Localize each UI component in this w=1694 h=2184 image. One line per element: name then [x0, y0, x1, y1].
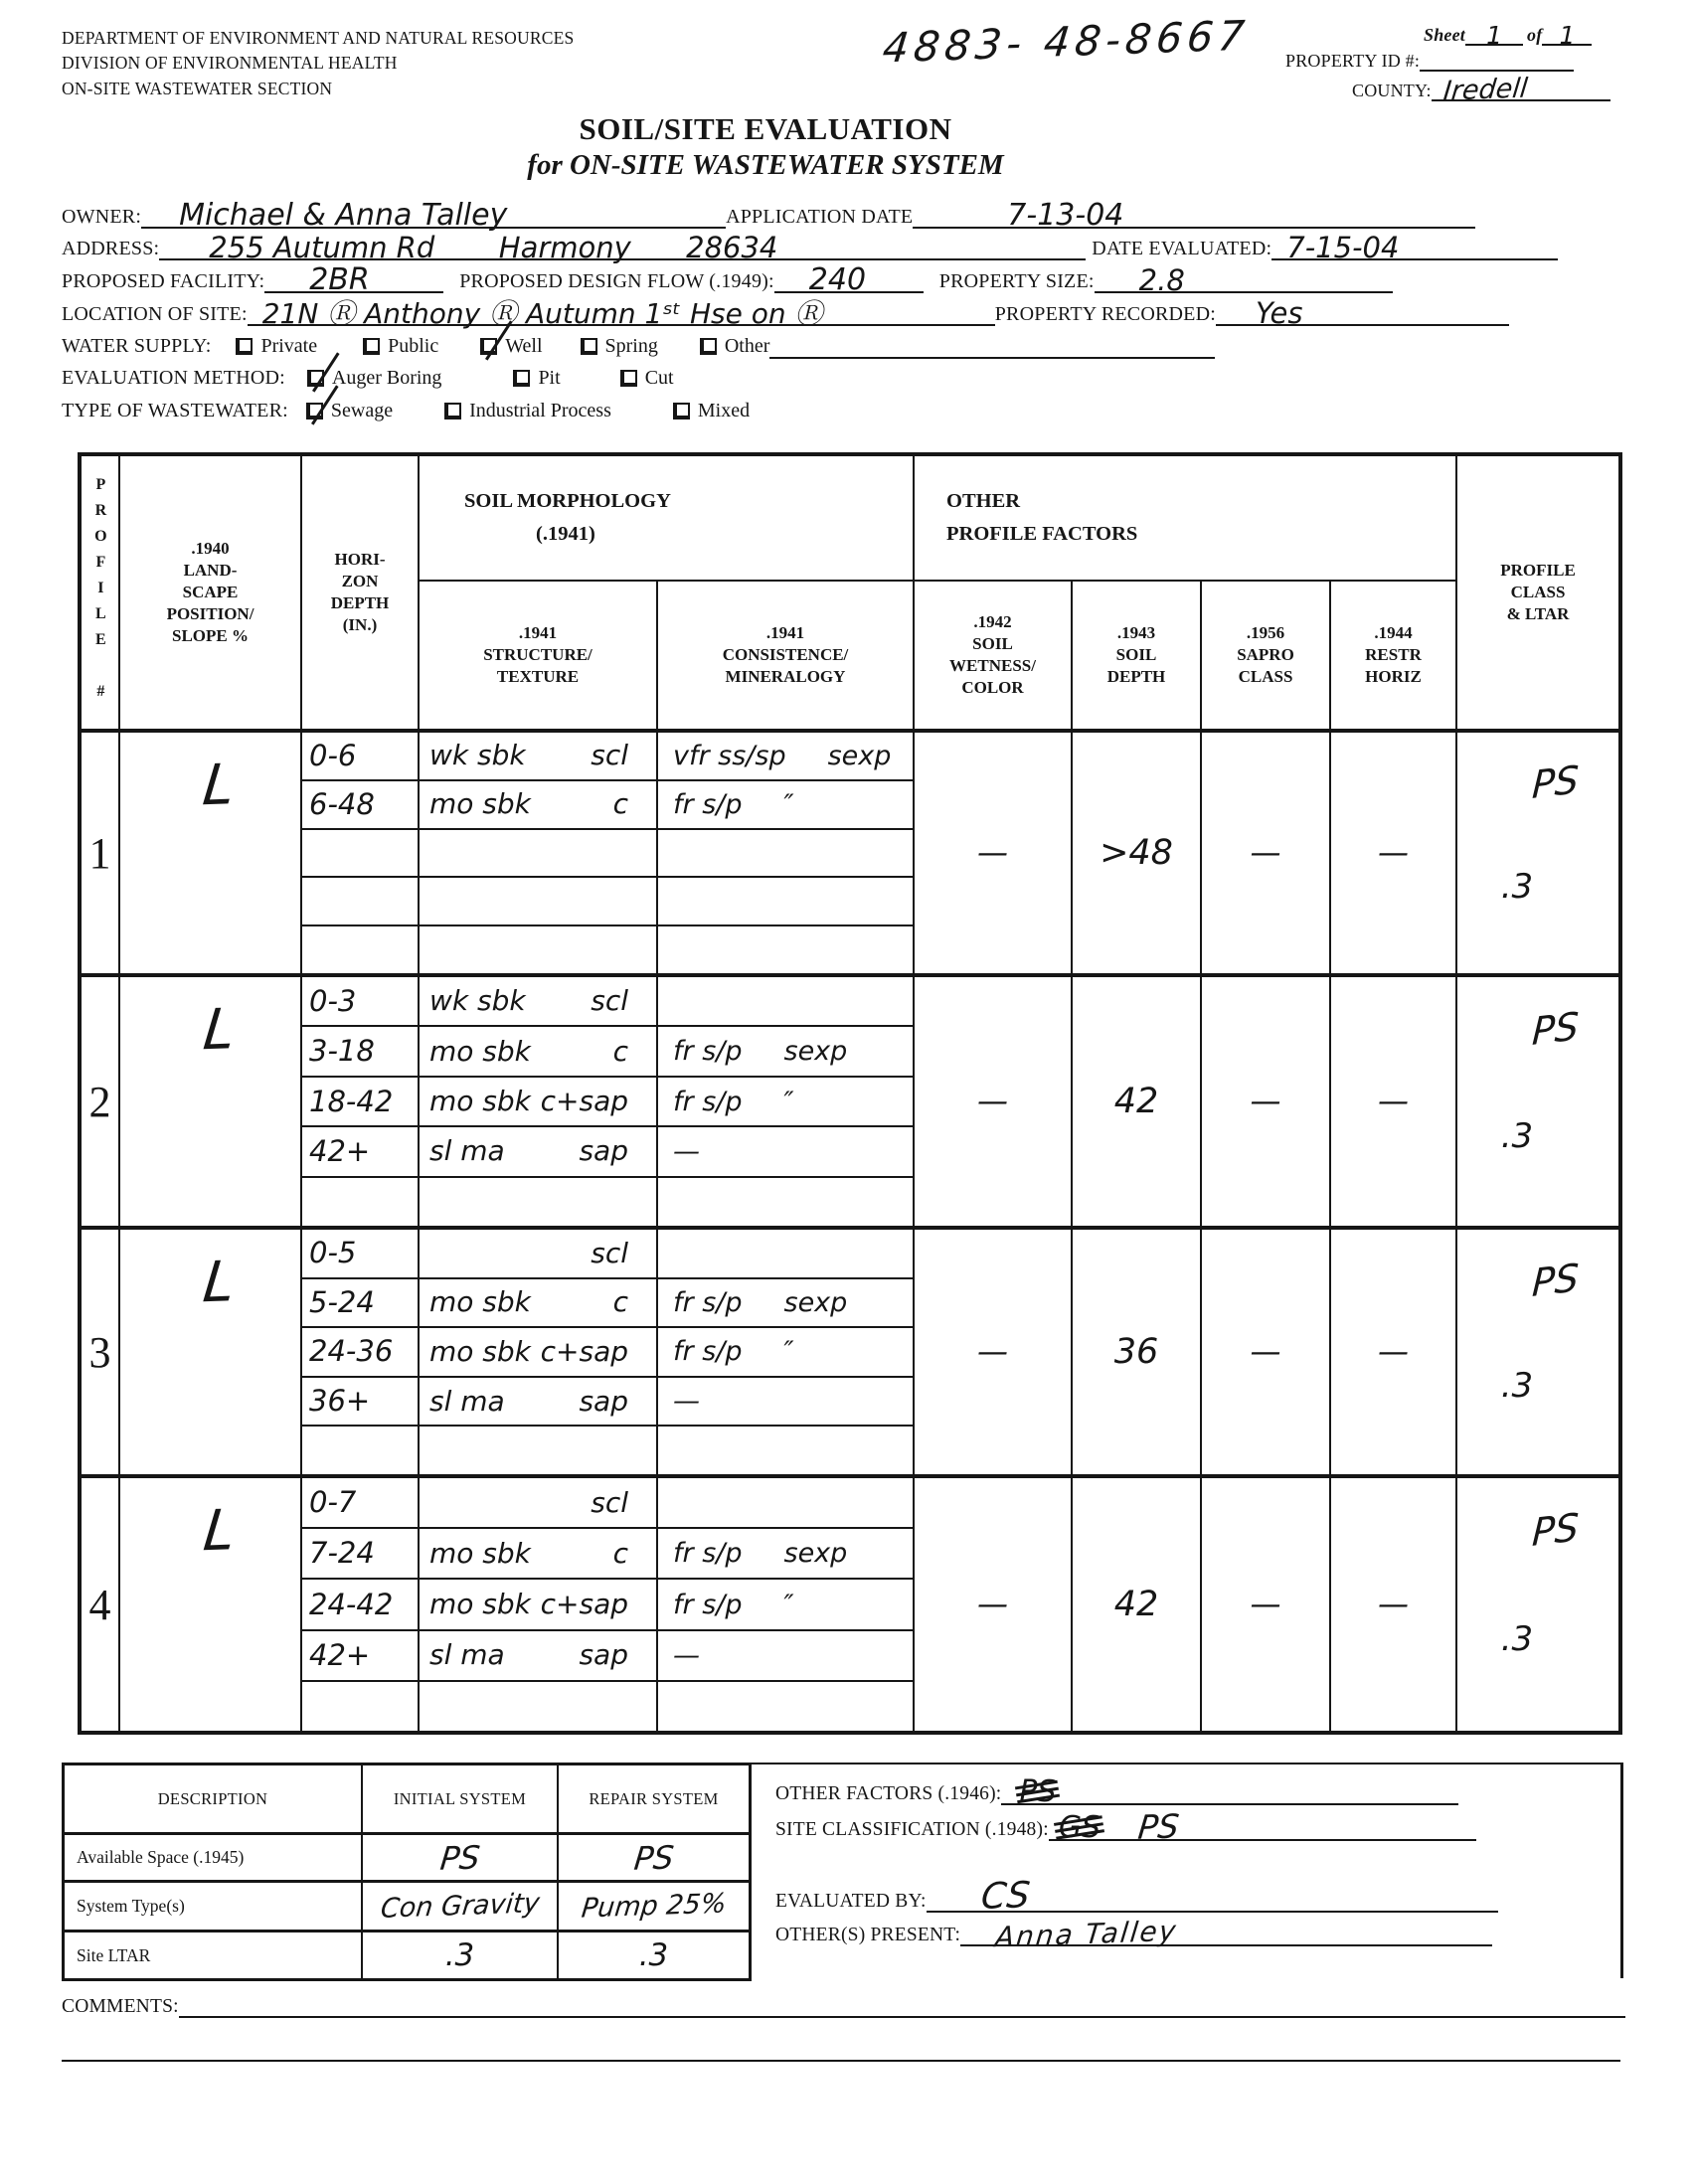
available-space-initial-value: PS: [438, 1841, 481, 1875]
structure-row: sl masap: [420, 1631, 656, 1682]
texture-value: scl: [591, 1240, 628, 1267]
consistence-value: fr s/p: [673, 1338, 743, 1365]
county-label: COUNTY:: [1352, 81, 1432, 101]
restr-horiz-value: —: [1331, 1478, 1457, 1731]
horizon-depth: 36+: [309, 1387, 370, 1416]
consistence-row: fr s/psexp: [658, 1027, 913, 1077]
horizon-depth-column: 0-7 7-24 24-42 42+: [302, 1478, 420, 1731]
row-label-system-types: System Type(s): [65, 1883, 363, 1932]
structure-value: wk sbk: [429, 742, 526, 769]
profile-class-value: PS: [1531, 1259, 1580, 1302]
option-mixed-label: Mixed: [698, 400, 750, 422]
texture-value: c+sap: [541, 1591, 628, 1618]
sheet-label: Sheet: [1424, 25, 1465, 46]
application-date-underline: 7-13-04: [913, 195, 1475, 229]
consistence-value: fr s/p: [673, 791, 743, 818]
option-cut-label: Cut: [645, 367, 674, 390]
system-type-initial: Con Gravity: [363, 1883, 559, 1932]
structure-row: mo sbkc: [420, 781, 656, 830]
location-underline: 21N Ⓡ Anthony Ⓡ Autumn 1ˢᵗ Hse on Ⓡ: [248, 292, 995, 326]
structure-row: sl masap: [420, 1127, 656, 1177]
system-summary-table: DESCRIPTION INITIAL SYSTEM REPAIR SYSTEM…: [62, 1763, 752, 1981]
sheet-total-underline: 1: [1542, 14, 1592, 46]
consistence-value: vfr ss/sp: [673, 743, 786, 769]
bottom-section-right-rule: [1620, 1763, 1623, 1978]
checkbox-unchecked-icon: [620, 370, 637, 387]
others-present-label: OTHER(S) PRESENT:: [775, 1925, 960, 1946]
consistence-row: [658, 1178, 913, 1226]
horizon-depth: 0-3: [309, 987, 356, 1016]
horizon-row: 7-24: [302, 1529, 418, 1580]
soil-depth-value: >48: [1073, 733, 1202, 977]
consistence-row: vfr ss/spsexp: [658, 733, 913, 781]
consistence-column: fr s/psexp fr s/p″ —: [658, 1230, 915, 1478]
others-present-line: OTHER(S) PRESENT: Anna Talley: [775, 1913, 1492, 1946]
sapro-class-value: —: [1202, 1230, 1331, 1478]
soil-wetness-value: —: [915, 733, 1073, 977]
structure-row: [420, 1178, 656, 1226]
soil-morphology-ref: (.1941): [536, 518, 595, 551]
letterhead-line-3: ON-SITE WASTEWATER SECTION: [62, 77, 574, 101]
texture-value: c: [613, 790, 628, 818]
checkbox-checked-icon: [480, 338, 497, 355]
structure-row: sl masap: [420, 1378, 656, 1428]
owner-underline: Michael & Anna Talley: [141, 195, 726, 229]
soil-wetness-value: —: [915, 977, 1073, 1230]
property-size-value: 2.8: [1139, 266, 1185, 295]
consistence-row: —: [658, 1378, 913, 1428]
header-soil-depth: .1943 SOIL DEPTH: [1073, 582, 1202, 733]
others-present-value: Anna Talley: [994, 1918, 1179, 1952]
restr-dash: —: [1378, 1087, 1409, 1117]
option-other-label: Other: [725, 335, 770, 358]
location-value: 21N Ⓡ Anthony Ⓡ Autumn 1ˢᵗ Hse on Ⓡ: [262, 300, 823, 328]
option-private: Private: [236, 335, 317, 358]
structure-value: mo sbk: [429, 1038, 531, 1066]
structure-value: sl ma: [429, 1137, 505, 1165]
site-ltar-initial: .3: [363, 1932, 559, 1978]
structure-row: scl: [420, 1230, 656, 1279]
texture-value: scl: [591, 987, 628, 1015]
scanned-soil-site-evaluation-form: DEPARTMENT OF ENVIRONMENT AND NATURAL RE…: [0, 0, 1694, 2184]
consistence-row: [658, 1230, 913, 1279]
design-flow-underline: 240: [774, 259, 924, 293]
form-title: SOIL/SITE EVALUATION: [60, 111, 1471, 147]
structure-value: mo sbk: [429, 1540, 531, 1568]
option-industrial: Industrial Process: [444, 400, 611, 422]
soil-morphology-title: SOIL MORPHOLOGY: [464, 485, 671, 518]
horizon-depth-column: 0-6 6-48: [302, 733, 420, 977]
structure-row: mo sbkc+sap: [420, 1078, 656, 1127]
landscape-position: L: [120, 1230, 302, 1478]
consistence-value: fr s/p: [673, 1540, 743, 1567]
horizon-row: 0-3: [302, 977, 418, 1027]
system-type-initial-value: Con Gravity: [379, 1890, 540, 1923]
evaluated-by-label: EVALUATED BY:: [775, 1891, 927, 1913]
restr-horiz-value: —: [1331, 977, 1457, 1230]
texture-value: sap: [579, 1388, 628, 1416]
consistence-value: fr s/p: [673, 1592, 743, 1618]
profile-class-value: PS: [1531, 760, 1580, 804]
horizon-depth: 6-48: [309, 790, 375, 819]
soil-wetness-value: —: [915, 1230, 1073, 1478]
texture-value: sap: [579, 1641, 628, 1669]
proposed-facility-label: PROPOSED FACILITY:: [62, 270, 264, 293]
profile-class-cell: PS .3: [1457, 1478, 1618, 1731]
landscape-position: L: [120, 977, 302, 1230]
checkbox-unchecked-icon: [581, 338, 597, 355]
soil-depth-value: 42: [1073, 1478, 1202, 1731]
option-public-label: Public: [388, 335, 438, 358]
horizon-depth: 7-24: [309, 1539, 375, 1568]
option-auger-boring: Auger Boring: [307, 367, 442, 390]
horizon-row: [302, 926, 418, 973]
header-restr-horiz: .1944 RESTR HORIZ: [1331, 582, 1457, 733]
structure-value: mo sbk: [429, 1088, 531, 1115]
structure-texture-column: scl mo sbkc mo sbkc+sap sl masap: [420, 1478, 658, 1731]
header-horizon-depth: HORI- ZON DEPTH (IN.): [302, 456, 420, 733]
horizon-row: 36+: [302, 1378, 418, 1428]
property-recorded-value: Yes: [1256, 299, 1302, 328]
horizon-depth: 24-36: [309, 1337, 393, 1366]
site-classification-line: SITE CLASSIFICATION (.1948): GS PS: [775, 1807, 1476, 1841]
evaluation-method-label: EVALUATION METHOD:: [62, 367, 285, 390]
structure-texture-column: wk sbkscl mo sbkc mo sbkc+sap sl masap: [420, 977, 658, 1230]
checkbox-unchecked-icon: [513, 370, 530, 387]
consistence-extra: ″: [784, 1089, 794, 1115]
horizon-row: [302, 1682, 418, 1731]
site-ltar-initial-value: .3: [445, 1940, 475, 1971]
restr-dash: —: [1378, 1590, 1409, 1620]
letterhead: DEPARTMENT OF ENVIRONMENT AND NATURAL RE…: [62, 26, 574, 101]
checkbox-unchecked-icon: [444, 403, 461, 420]
available-space-initial: PS: [363, 1835, 559, 1883]
option-sewage-label: Sewage: [331, 400, 393, 422]
horizon-depth: 42+: [309, 1641, 370, 1670]
horizon-depth: 0-5: [309, 1239, 356, 1267]
option-public: Public: [363, 335, 438, 358]
landscape-value: L: [183, 1002, 238, 1227]
letterhead-line-1: DEPARTMENT OF ENVIRONMENT AND NATURAL RE…: [62, 26, 574, 51]
profile-number: 1: [82, 733, 120, 977]
property-id-line: PROPERTY ID #:: [1285, 44, 1574, 72]
option-well-label: Well: [505, 335, 542, 358]
consistence-row: fr s/psexp: [658, 1529, 913, 1580]
structure-row: [420, 1682, 656, 1731]
site-classification-value: PS: [1136, 1809, 1180, 1844]
texture-value: scl: [591, 742, 628, 769]
depth-number: 42: [1114, 1085, 1159, 1119]
profile-ltar-value: .3: [1501, 1369, 1533, 1403]
option-industrial-label: Industrial Process: [469, 400, 611, 422]
horizon-row: 5-24: [302, 1279, 418, 1329]
horizon-row: 0-6: [302, 733, 418, 781]
consistence-row: fr s/p″: [658, 1328, 913, 1378]
horizon-row: 0-5: [302, 1230, 418, 1279]
horizon-depth: 18-42: [309, 1088, 393, 1116]
structure-value: wk sbk: [429, 987, 526, 1015]
texture-value: scl: [591, 1489, 628, 1517]
texture-value: sap: [579, 1137, 628, 1165]
consistence-extra: sexp: [784, 1540, 848, 1567]
option-spring-label: Spring: [605, 335, 658, 358]
address-label: ADDRESS:: [62, 238, 159, 260]
landscape-value: L: [183, 1255, 237, 1475]
consistence-row: [658, 926, 913, 973]
wastewater-type-label: TYPE OF WASTEWATER:: [62, 400, 288, 422]
structure-texture-column: wk sbkscl mo sbkc: [420, 733, 658, 977]
address-line: ADDRESS: 255 Autumn Rd Harmony 28634 DAT…: [62, 227, 1558, 260]
available-space-repair: PS: [559, 1835, 749, 1883]
profile-number: 4: [82, 1478, 120, 1731]
row-label-site-ltar: Site LTAR: [65, 1932, 363, 1978]
col-header-initial-system: INITIAL SYSTEM: [363, 1765, 559, 1835]
header-sapro-class: .1956 SAPRO CLASS: [1202, 582, 1331, 733]
other-factors-label: OTHER FACTORS (.1946):: [775, 1783, 1001, 1805]
sapro-class-value: —: [1202, 733, 1331, 977]
profile-number: 3: [82, 1230, 120, 1478]
consistence-value: fr s/p: [673, 1089, 743, 1115]
profile-ltar-value: .3: [1501, 1622, 1533, 1656]
horizon-depth: 42+: [309, 1137, 370, 1166]
structure-row: mo sbkc: [420, 1279, 656, 1329]
available-space-repair-value: PS: [632, 1841, 675, 1875]
proposed-facility-value: 2BR: [309, 265, 370, 295]
soil-profile-table: PROFILE # .1940 LAND- SCAPE POSITION/ SL…: [78, 452, 1622, 1735]
consistence-column: fr s/psexp fr s/p″ —: [658, 1478, 915, 1731]
sheet-of-label: of: [1527, 25, 1542, 46]
structure-row: [420, 878, 656, 926]
wetness-dash: —: [977, 1590, 1008, 1620]
others-present-underline: Anna Talley: [960, 1913, 1492, 1946]
consistence-row: —: [658, 1127, 913, 1177]
sapro-dash: —: [1251, 1087, 1281, 1117]
horizon-depth: 0-6: [309, 742, 356, 770]
site-classification-scribble: GS: [1059, 1813, 1101, 1843]
sapro-class-value: —: [1202, 977, 1331, 1230]
col-header-description: DESCRIPTION: [65, 1765, 363, 1835]
site-ltar-repair-value: .3: [639, 1940, 669, 1971]
soil-depth-value: 36: [1073, 1230, 1202, 1478]
option-spring: Spring: [581, 335, 658, 358]
consistence-value: fr s/p: [673, 1038, 743, 1065]
option-pit: Pit: [513, 367, 560, 390]
profile-class-value: PS: [1531, 1508, 1580, 1552]
site-classification-underline: GS PS: [1049, 1807, 1476, 1841]
option-sewage: Sewage: [306, 400, 393, 422]
landscape-value: L: [183, 1503, 238, 1732]
structure-row: scl: [420, 1478, 656, 1529]
date-evaluated-underline: 7-15-04: [1271, 227, 1558, 260]
owner-label: OWNER:: [62, 206, 141, 229]
texture-value: c+sap: [541, 1338, 628, 1366]
proposed-facility-underline: 2BR: [264, 259, 443, 293]
structure-row: mo sbkc: [420, 1027, 656, 1077]
restr-horiz-value: —: [1331, 1230, 1457, 1478]
horizon-row: 42+: [302, 1631, 418, 1682]
checkbox-unchecked-icon: [236, 338, 253, 355]
property-size-label: PROPERTY SIZE:: [939, 270, 1095, 293]
profile-ltar-value: .3: [1501, 870, 1533, 904]
comments-line: COMMENTS:: [62, 1988, 1625, 2018]
structure-row: [420, 1427, 656, 1474]
texture-value: c: [613, 1540, 628, 1568]
header-soil-wetness: .1942 SOIL WETNESS/ COLOR: [915, 582, 1073, 733]
site-ltar-repair: .3: [559, 1932, 749, 1978]
landscape-position: L: [120, 1478, 302, 1731]
depth-number: >48: [1100, 836, 1173, 871]
property-id-label: PROPERTY ID #:: [1285, 51, 1420, 72]
structure-row: [420, 830, 656, 879]
date-evaluated-label: DATE EVALUATED:: [1092, 238, 1271, 260]
profile-number: 2: [82, 977, 120, 1230]
horizon-depth-column: 0-5 5-24 24-36 36+: [302, 1230, 420, 1478]
evaluated-by-value: CS: [979, 1878, 1031, 1916]
consistence-row: fr s/psexp: [658, 1279, 913, 1329]
landscape-position: L: [120, 733, 302, 977]
bottom-section-top-rule: [752, 1763, 1623, 1764]
horizon-row: [302, 1427, 418, 1474]
location-label: LOCATION OF SITE:: [62, 303, 248, 326]
restr-horiz-value: —: [1331, 733, 1457, 977]
water-supply-label: WATER SUPPLY:: [62, 335, 211, 358]
horizon-depth: 0-7: [309, 1488, 356, 1517]
option-well: Well: [480, 335, 542, 358]
structure-row: wk sbkscl: [420, 733, 656, 781]
header-structure-texture: .1941 STRUCTURE/ TEXTURE: [420, 582, 658, 733]
horizon-row: 24-42: [302, 1580, 418, 1630]
horizon-row: [302, 1178, 418, 1226]
comments-underline: [179, 1988, 1625, 2018]
texture-value: c+sap: [541, 1088, 628, 1115]
structure-value: mo sbk: [429, 1591, 531, 1618]
consistence-value: —: [673, 1138, 700, 1165]
sapro-dash: —: [1251, 838, 1281, 869]
horizon-row: 18-42: [302, 1078, 418, 1127]
option-private-label: Private: [260, 335, 317, 358]
horizon-row: [302, 830, 418, 879]
horizon-row: 6-48: [302, 781, 418, 830]
structure-texture-column: scl mo sbkc mo sbkc+sap sl masap: [420, 1230, 658, 1478]
horizon-row: 24-36: [302, 1328, 418, 1378]
comments-label: COMMENTS:: [62, 1996, 179, 2018]
evaluated-by-underline: CS: [927, 1877, 1498, 1913]
option-pit-label: Pit: [538, 367, 560, 390]
option-auger-boring-label: Auger Boring: [332, 367, 442, 390]
wetness-dash: —: [977, 838, 1008, 869]
property-recorded-label: PROPERTY RECORDED:: [995, 303, 1216, 326]
structure-row: [420, 926, 656, 973]
location-line: LOCATION OF SITE: 21N Ⓡ Anthony Ⓡ Autumn…: [62, 292, 1509, 326]
sapro-class-value: —: [1202, 1478, 1331, 1731]
consistence-row: [658, 1427, 913, 1474]
row-label-available-space: Available Space (.1945): [65, 1835, 363, 1883]
header-other-profile-factors: OTHER PROFILE FACTORS: [915, 456, 1457, 582]
water-supply-row: WATER SUPPLY: Private Public Well Spring…: [62, 328, 1215, 364]
depth-number: 36: [1114, 1335, 1159, 1370]
other-water-underline: [769, 333, 1215, 359]
comments-rule-2: [62, 2060, 1620, 2062]
consistence-row: [658, 1682, 913, 1731]
consistence-extra: ″: [784, 1338, 794, 1365]
soil-wetness-value: —: [915, 1478, 1073, 1731]
checkbox-unchecked-icon: [700, 338, 717, 355]
consistence-row: [658, 977, 913, 1027]
consistence-row: fr s/p″: [658, 1078, 913, 1127]
consistence-extra: sexp: [784, 1289, 848, 1316]
header-profile-class-ltar: PROFILE CLASS & LTAR: [1457, 456, 1618, 733]
texture-value: c: [613, 1288, 628, 1316]
county-underline: Iredell: [1432, 72, 1610, 101]
horizon-row: [302, 878, 418, 926]
header-profile-number: PROFILE #: [82, 456, 120, 733]
other-factors-underline: PS: [1001, 1771, 1458, 1805]
profile-ltar-value: .3: [1501, 1119, 1533, 1153]
checkbox-checked-icon: [306, 403, 323, 420]
restr-dash: —: [1378, 1337, 1409, 1368]
soil-depth-value: 42: [1073, 977, 1202, 1230]
consistence-value: —: [673, 1388, 700, 1415]
checkbox-checked-icon: [307, 370, 324, 387]
form-subtitle: for ON-SITE WASTEWATER SYSTEM: [60, 149, 1471, 182]
horizon-depth-column: 0-3 3-18 18-42 42+: [302, 977, 420, 1230]
consistence-value: —: [673, 1642, 700, 1669]
checkbox-unchecked-icon: [673, 403, 690, 420]
other-factors-scribble: PS: [1019, 1777, 1056, 1807]
consistence-extra: ″: [784, 791, 794, 818]
wetness-dash: —: [977, 1087, 1008, 1117]
consistence-extra: sexp: [828, 743, 892, 769]
horizon-depth: 24-42: [309, 1591, 393, 1619]
structure-row: wk sbkscl: [420, 977, 656, 1027]
facility-line: PROPOSED FACILITY: 2BR PROPOSED DESIGN F…: [62, 259, 1393, 293]
owner-line: OWNER: Michael & Anna Talley APPLICATION…: [62, 195, 1475, 229]
structure-value: mo sbk: [429, 1338, 531, 1366]
structure-row: mo sbkc: [420, 1529, 656, 1580]
option-other: Other: [700, 335, 770, 358]
consistence-column: fr s/psexp fr s/p″ —: [658, 977, 915, 1230]
structure-value: sl ma: [429, 1641, 505, 1669]
option-cut: Cut: [620, 367, 674, 390]
property-size-underline: 2.8: [1095, 259, 1393, 293]
header-landscape: .1940 LAND- SCAPE POSITION/ SLOPE %: [120, 456, 302, 733]
evaluation-method-row: EVALUATION METHOD: Auger Boring Pit Cut: [62, 360, 674, 396]
date-evaluated-value: 7-15-04: [1286, 234, 1399, 262]
consistence-column: vfr ss/spsexp fr s/p″: [658, 733, 915, 977]
horizon-depth: 5-24: [309, 1288, 375, 1317]
design-flow-value: 240: [809, 265, 866, 295]
header-soil-morphology: SOIL MORPHOLOGY (.1941): [420, 456, 915, 582]
wastewater-type-row: TYPE OF WASTEWATER: Sewage Industrial Pr…: [62, 393, 750, 428]
other-factors-line: OTHER FACTORS (.1946): PS: [775, 1771, 1458, 1805]
application-date-label: APPLICATION DATE: [726, 206, 913, 229]
horizon-row: 0-7: [302, 1478, 418, 1529]
structure-value: mo sbk: [429, 790, 531, 818]
consistence-row: [658, 1478, 913, 1529]
evaluated-by-line: EVALUATED BY: CS: [775, 1877, 1498, 1913]
design-flow-label: PROPOSED DESIGN FLOW (.1949):: [459, 270, 774, 293]
consistence-row: fr s/p″: [658, 781, 913, 830]
horizon-row: 3-18: [302, 1027, 418, 1077]
profile-class-value: PS: [1531, 1006, 1580, 1050]
checkbox-unchecked-icon: [363, 338, 380, 355]
sapro-dash: —: [1251, 1590, 1281, 1620]
header-profile-number-text: PROFILE #: [89, 476, 110, 709]
property-recorded-underline: Yes: [1216, 292, 1509, 326]
structure-value: mo sbk: [429, 1288, 531, 1316]
option-mixed: Mixed: [673, 400, 750, 422]
sheet-current-underline: 1: [1465, 14, 1523, 46]
